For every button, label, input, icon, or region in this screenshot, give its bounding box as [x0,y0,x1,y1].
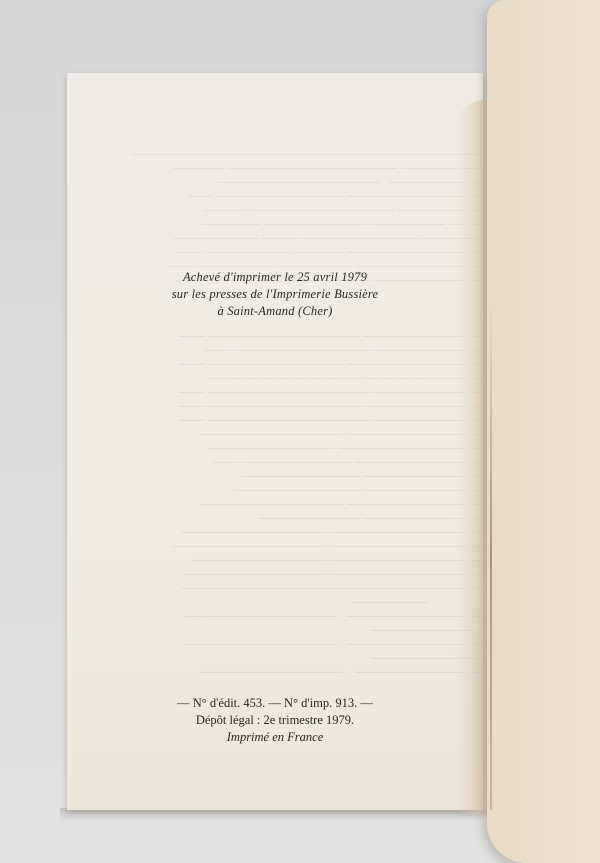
imprint-date-line: Achevé d'imprimer le 25 avril 1979 [67,269,483,286]
printing-completion-note: Achevé d'imprimer le 25 avril 1979 sur l… [67,269,483,320]
imprint-location-line: à Saint-Amand (Cher) [67,303,483,320]
edition-number-line: — N° d'édit. 453. — N° d'imp. 913. — [67,695,483,712]
book-page: ────────────────────────────────────────… [67,73,483,810]
show-through-text: ────────────────────────────────────────… [107,133,483,693]
curled-next-page [487,0,600,863]
page-edge-stain [490,300,492,810]
imprint-printer-line: sur les presses de l'Imprimerie Bussière [67,286,483,303]
legal-deposit-block: — N° d'édit. 453. — N° d'imp. 913. — Dép… [67,695,483,746]
photo-scene: ────────────────────────────────────────… [0,0,600,863]
legal-deposit-line: Dépôt légal : 2e trimestre 1979. [67,712,483,729]
printed-in-line: Imprimé en France [67,729,483,746]
page-shadow [60,808,500,822]
